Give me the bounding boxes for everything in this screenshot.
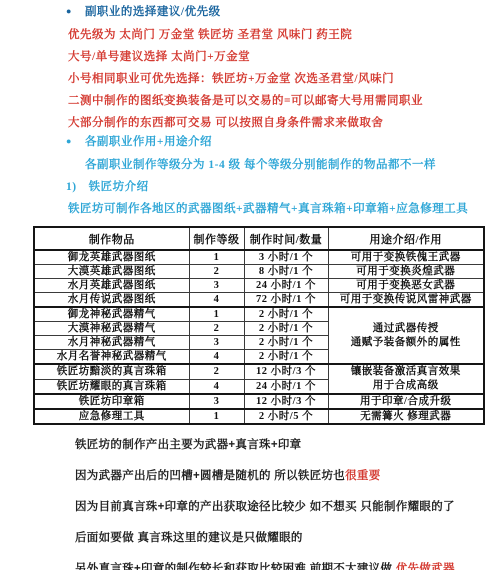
note-line: 后面如要做 真言珠这里的建议是只做耀眼的	[75, 531, 500, 545]
red-advice-line: 优先级为 太尚门 万金堂 铁匠坊 圣君堂 风味门 药王院	[68, 28, 500, 42]
red-advice-line: 大部分制作的东西都可交易 可以按照自身条件需求来做取舍	[68, 116, 500, 130]
numbered-heading-blacksmith: 1)铁匠坊介绍	[66, 180, 500, 194]
note-text: 因为目前真言珠+印章的产出获取途径比较少 如不想买 只能制作耀眼的了	[75, 501, 455, 513]
merged-use-line: 镶嵌装备激活真言效果	[329, 365, 484, 379]
table-row: 御龙英雄武器图纸 1 3 小时/1 个 可用于变换铁傀王武器	[34, 250, 484, 265]
use-cell: 可用于变换铁傀王武器	[328, 250, 484, 265]
use-cell: 无需篝火 修理武器	[328, 409, 484, 424]
level-cell: 2	[189, 322, 244, 336]
item-cell: 御龙英雄武器图纸	[34, 250, 189, 265]
level-cell: 1	[189, 409, 244, 424]
table-row: 铁匠坊印章箱 3 12 小时/3 个 用于印章/合成升级	[34, 394, 484, 409]
level-cell: 3	[189, 336, 244, 350]
item-cell: 大漠英雄武器图纸	[34, 265, 189, 279]
level-cell: 2	[189, 364, 244, 379]
item-cell: 水月英雄武器图纸	[34, 279, 189, 293]
table-row: 大漠英雄武器图纸 2 8 小时/1 个 可用于变换炎煌武器	[34, 265, 484, 279]
time-cell: 8 小时/1 个	[244, 265, 328, 279]
table-row: 应急修理工具 1 2 小时/5 个 无需篝火 修理武器	[34, 409, 484, 424]
time-cell: 72 小时/1 个	[244, 293, 328, 308]
item-cell: 御龙神秘武器精气	[34, 307, 189, 322]
item-cell: 大漠神秘武器精气	[34, 322, 189, 336]
note-text: 因为武器产出后的凹槽+圆槽是随机的 所以铁匠坊也	[75, 470, 345, 482]
section-heading-profession-usage: ●各副职业作用+用途介绍	[66, 134, 500, 150]
item-cell: 水月传说武器图纸	[34, 293, 189, 308]
section-heading-profession-choice: ●副职业的选择建议/优先级	[66, 4, 500, 20]
level-description-line: 各副职业制作等级分为 1-4 级 每个等级分别能制作的物品都不一样	[85, 158, 500, 172]
header-time: 制作时间/数量	[244, 227, 328, 250]
note-line: 因为武器产出后的凹槽+圆槽是随机的 所以铁匠坊也很重要	[75, 469, 500, 483]
blacksmith-intro-line: 铁匠坊可制作各地区的武器图纸+武器精气+真言珠箱+印章箱+应急修理工具	[68, 202, 500, 216]
time-cell: 12 小时/3 个	[244, 364, 328, 379]
item-cell: 铁匠坊耀眼的真言珠箱	[34, 379, 189, 394]
item-cell: 铁匠坊黯淡的真言珠箱	[34, 364, 189, 379]
time-cell: 24 小时/1 个	[244, 279, 328, 293]
note-text: 铁匠坊的制作产出主要为武器+真言珠+印章	[75, 439, 301, 451]
bullet-icon: ●	[66, 136, 72, 146]
table-row: 水月传说武器图纸 4 72 小时/1 个 可用于变换传说风雷神武器	[34, 293, 484, 308]
merged-use-line: 通过武器传授	[329, 322, 484, 336]
use-cell: 用于印章/合成升级	[328, 394, 484, 409]
time-cell: 12 小时/3 个	[244, 394, 328, 409]
note-text: 另外真言珠+印章的制作较长和获取比较困难 前期不太建议做	[75, 563, 396, 570]
note-highlight: 很重要	[345, 470, 380, 482]
heading-text: 副职业的选择建议/优先级	[85, 6, 221, 18]
note-highlight: 优先做武器	[396, 563, 455, 570]
heading-text: 铁匠坊介绍	[89, 181, 149, 193]
table-row: 水月英雄武器图纸 3 24 小时/1 个 可用于变换恶女武器	[34, 279, 484, 293]
level-cell: 3	[189, 279, 244, 293]
time-cell: 3 小时/1 个	[244, 250, 328, 265]
crafting-table: 制作物品 制作等级 制作时间/数量 用途介绍/作用 御龙英雄武器图纸 1 3 小…	[33, 226, 485, 425]
item-cell: 水月名誉神秘武器精气	[34, 350, 189, 365]
time-cell: 2 小时/5 个	[244, 409, 328, 424]
level-cell: 1	[189, 307, 244, 322]
header-level: 制作等级	[189, 227, 244, 250]
level-cell: 1	[189, 250, 244, 265]
item-cell: 铁匠坊印章箱	[34, 394, 189, 409]
red-advice-line: 大号/单号建议选择 太尚门+万金堂	[68, 50, 500, 64]
item-cell: 水月神秘武器精气	[34, 336, 189, 350]
document-page: ●副职业的选择建议/优先级 优先级为 太尚门 万金堂 铁匠坊 圣君堂 风味门 药…	[0, 0, 500, 570]
level-cell: 4	[189, 293, 244, 308]
merged-use-line: 用于合成高级	[329, 379, 484, 393]
time-cell: 2 小时/1 个	[244, 307, 328, 322]
level-cell: 4	[189, 379, 244, 394]
red-advice-line: 二测中制作的图纸变换装备是可以交易的=可以邮寄大号用需同职业	[68, 94, 500, 108]
table-row: 铁匠坊黯淡的真言珠箱 2 12 小时/3 个 镶嵌装备激活真言效果 用于合成高级	[34, 364, 484, 379]
use-cell: 可用于变换传说风雷神武器	[328, 293, 484, 308]
heading-number: 1)	[66, 181, 77, 193]
level-cell: 2	[189, 265, 244, 279]
use-cell: 可用于变换炎煌武器	[328, 265, 484, 279]
time-cell: 2 小时/1 个	[244, 336, 328, 350]
heading-text: 各副职业作用+用途介绍	[85, 136, 212, 148]
merged-use-line: 通赋予装备额外的属性	[329, 336, 484, 350]
red-advice-line: 小号相同职业可优先选择：铁匠坊+万金堂 次选圣君堂/风味门	[68, 72, 500, 86]
note-text: 后面如要做 真言珠这里的建议是只做耀眼的	[75, 532, 303, 544]
header-use: 用途介绍/作用	[328, 227, 484, 250]
use-cell: 可用于变换恶女武器	[328, 279, 484, 293]
bullet-icon: ●	[66, 6, 72, 16]
use-cell-merged-jingqi: 通过武器传授 通赋予装备额外的属性	[328, 307, 484, 364]
level-cell: 3	[189, 394, 244, 409]
note-line: 铁匠坊的制作产出主要为武器+真言珠+印章	[75, 438, 500, 452]
use-cell-merged-zhenyan: 镶嵌装备激活真言效果 用于合成高级	[328, 364, 484, 394]
time-cell: 24 小时/1 个	[244, 379, 328, 394]
header-item: 制作物品	[34, 227, 189, 250]
time-cell: 2 小时/1 个	[244, 322, 328, 336]
table-header-row: 制作物品 制作等级 制作时间/数量 用途介绍/作用	[34, 227, 484, 250]
level-cell: 4	[189, 350, 244, 365]
note-line: 因为目前真言珠+印章的产出获取途径比较少 如不想买 只能制作耀眼的了	[75, 500, 500, 514]
time-cell: 2 小时/1 个	[244, 350, 328, 365]
item-cell: 应急修理工具	[34, 409, 189, 424]
table-row: 御龙神秘武器精气 1 2 小时/1 个 通过武器传授 通赋予装备额外的属性	[34, 307, 484, 322]
note-line: 另外真言珠+印章的制作较长和获取比较困难 前期不太建议做 优先做武器	[75, 562, 500, 570]
